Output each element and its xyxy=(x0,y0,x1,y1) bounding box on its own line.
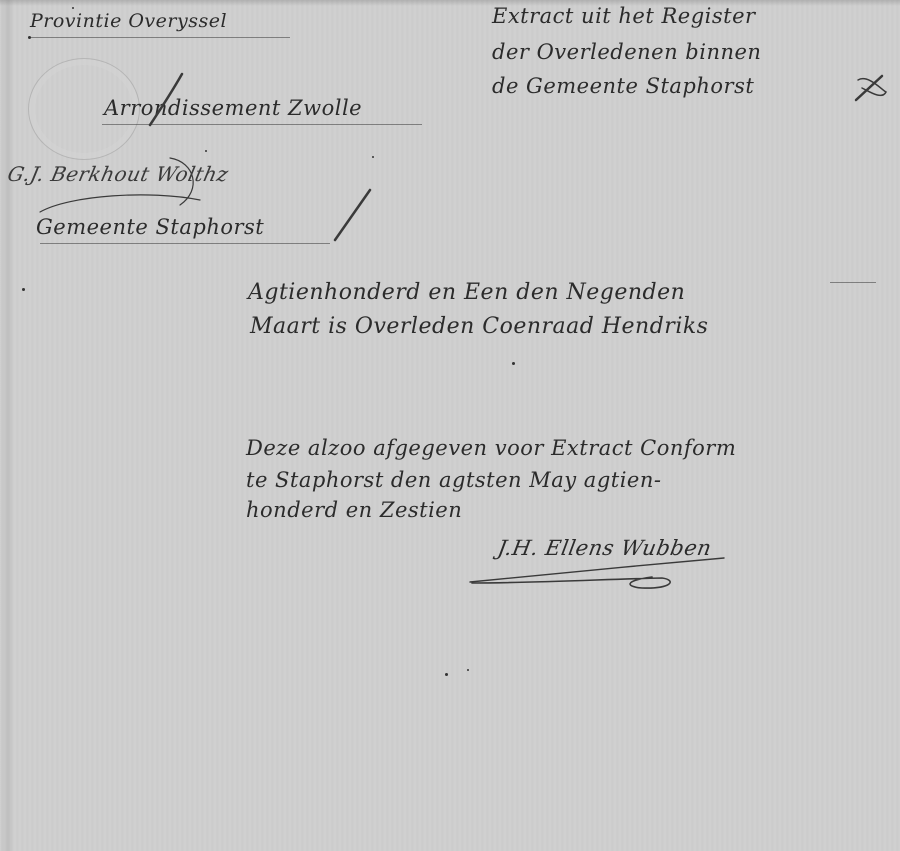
register-title-cross xyxy=(852,70,888,104)
register-title-line1: Extract uit het Register xyxy=(492,4,756,28)
municipality-underline xyxy=(40,243,330,244)
entry-line2: Maart is Overleden Coenraad Hendriks xyxy=(250,314,708,339)
stamp-signature-flourish xyxy=(30,150,210,220)
municipality-flourish xyxy=(325,185,375,245)
ink-speck xyxy=(445,673,448,676)
arrondissement-flourish xyxy=(140,70,190,160)
register-title-line3: de Gemeente Staphorst xyxy=(492,74,754,98)
ink-speck xyxy=(512,362,515,365)
entry-line1-fill xyxy=(830,282,876,283)
ink-speck xyxy=(72,7,74,9)
ink-speck xyxy=(467,669,469,671)
entry-line1: Agtienhonderd en Een den Negenden xyxy=(248,280,685,305)
ink-speck xyxy=(205,150,207,152)
ink-speck xyxy=(372,156,374,158)
signature-flourish xyxy=(462,555,732,595)
province-underline xyxy=(28,37,290,38)
scanned-document-page: Provintie Overyssel Arrondissement Zwoll… xyxy=(0,0,900,851)
province-heading: Provintie Overyssel xyxy=(30,10,227,32)
municipality-heading: Gemeente Staphorst xyxy=(36,215,264,239)
ink-speck xyxy=(28,36,31,39)
certification-line3: honderd en Zestien xyxy=(246,498,462,522)
register-title-line2: der Overledenen binnen xyxy=(492,40,761,64)
certification-line1: Deze alzoo afgegeven voor Extract Confor… xyxy=(246,436,736,460)
ink-speck xyxy=(22,288,25,291)
certification-line2: te Staphorst den agtsten May agtien- xyxy=(246,468,661,492)
